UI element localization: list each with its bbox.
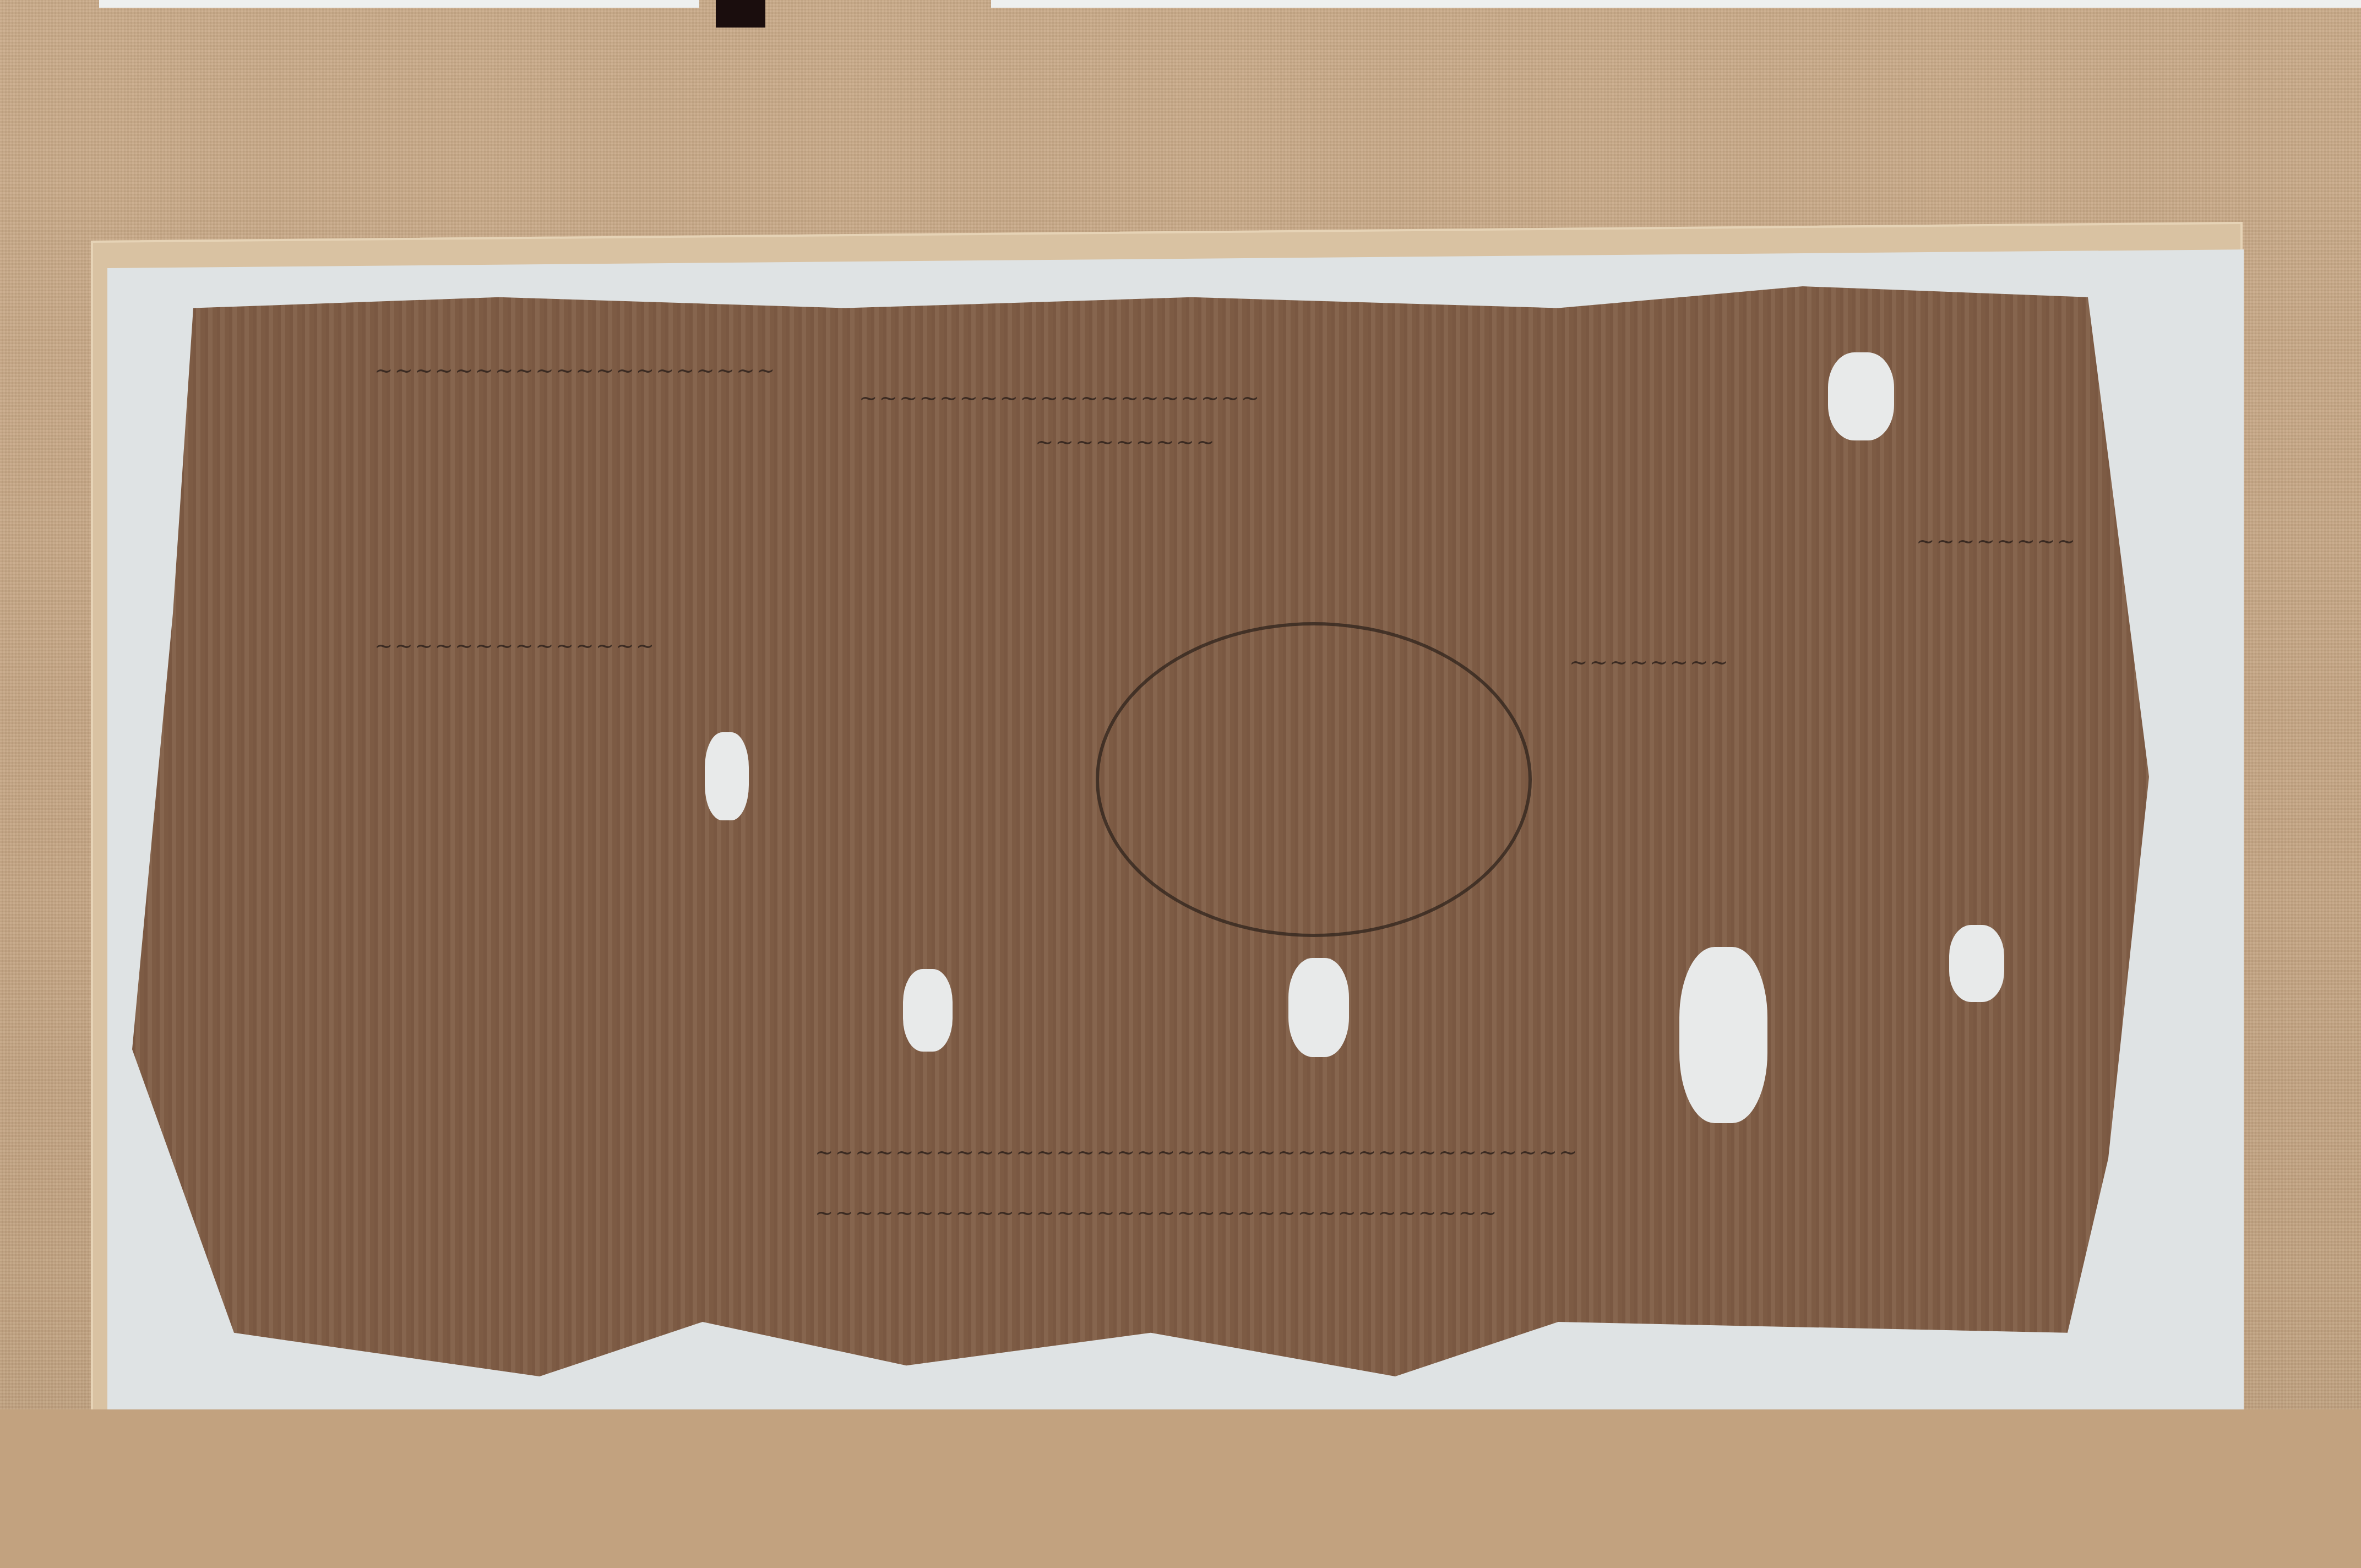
text-line: ~~~~~~~~~~~~~~~~~~~~~~~~~~~~~~~~~~ bbox=[815, 1200, 1499, 1226]
text-line: ~~~~~~~~~ bbox=[1035, 429, 1216, 455]
adjacent-frame-right bbox=[991, 0, 2361, 8]
papyrus-hole bbox=[705, 732, 749, 820]
text-line: ~~~~~~~~~~~~~~~~~~~~~~~~~~~~~~~~~~~~~~ bbox=[815, 1140, 1579, 1165]
text-line: ~~~~~~~~ bbox=[1916, 529, 2077, 554]
papyrus-hole bbox=[1828, 352, 1894, 440]
text-line: ~~~~~~~~ bbox=[1569, 650, 1730, 675]
text-line: ~~~~~~~~~~~~~~~~~~~~ bbox=[374, 358, 776, 383]
horoscope-diagram bbox=[1096, 622, 1532, 937]
adjacent-frame-left bbox=[99, 0, 699, 8]
mount-clip bbox=[716, 0, 765, 28]
papyrus-hole bbox=[1679, 947, 1767, 1123]
papyrus-hole bbox=[1288, 958, 1349, 1057]
mat-bottom bbox=[0, 1409, 2361, 1568]
text-line: ~~~~~~~~~~~~~~~~~~~~ bbox=[859, 385, 1261, 411]
papyrus-hole bbox=[903, 969, 953, 1052]
papyrus-hole bbox=[1949, 925, 2004, 1002]
text-line: ~~~~~~~~~~~~~~ bbox=[374, 633, 656, 658]
